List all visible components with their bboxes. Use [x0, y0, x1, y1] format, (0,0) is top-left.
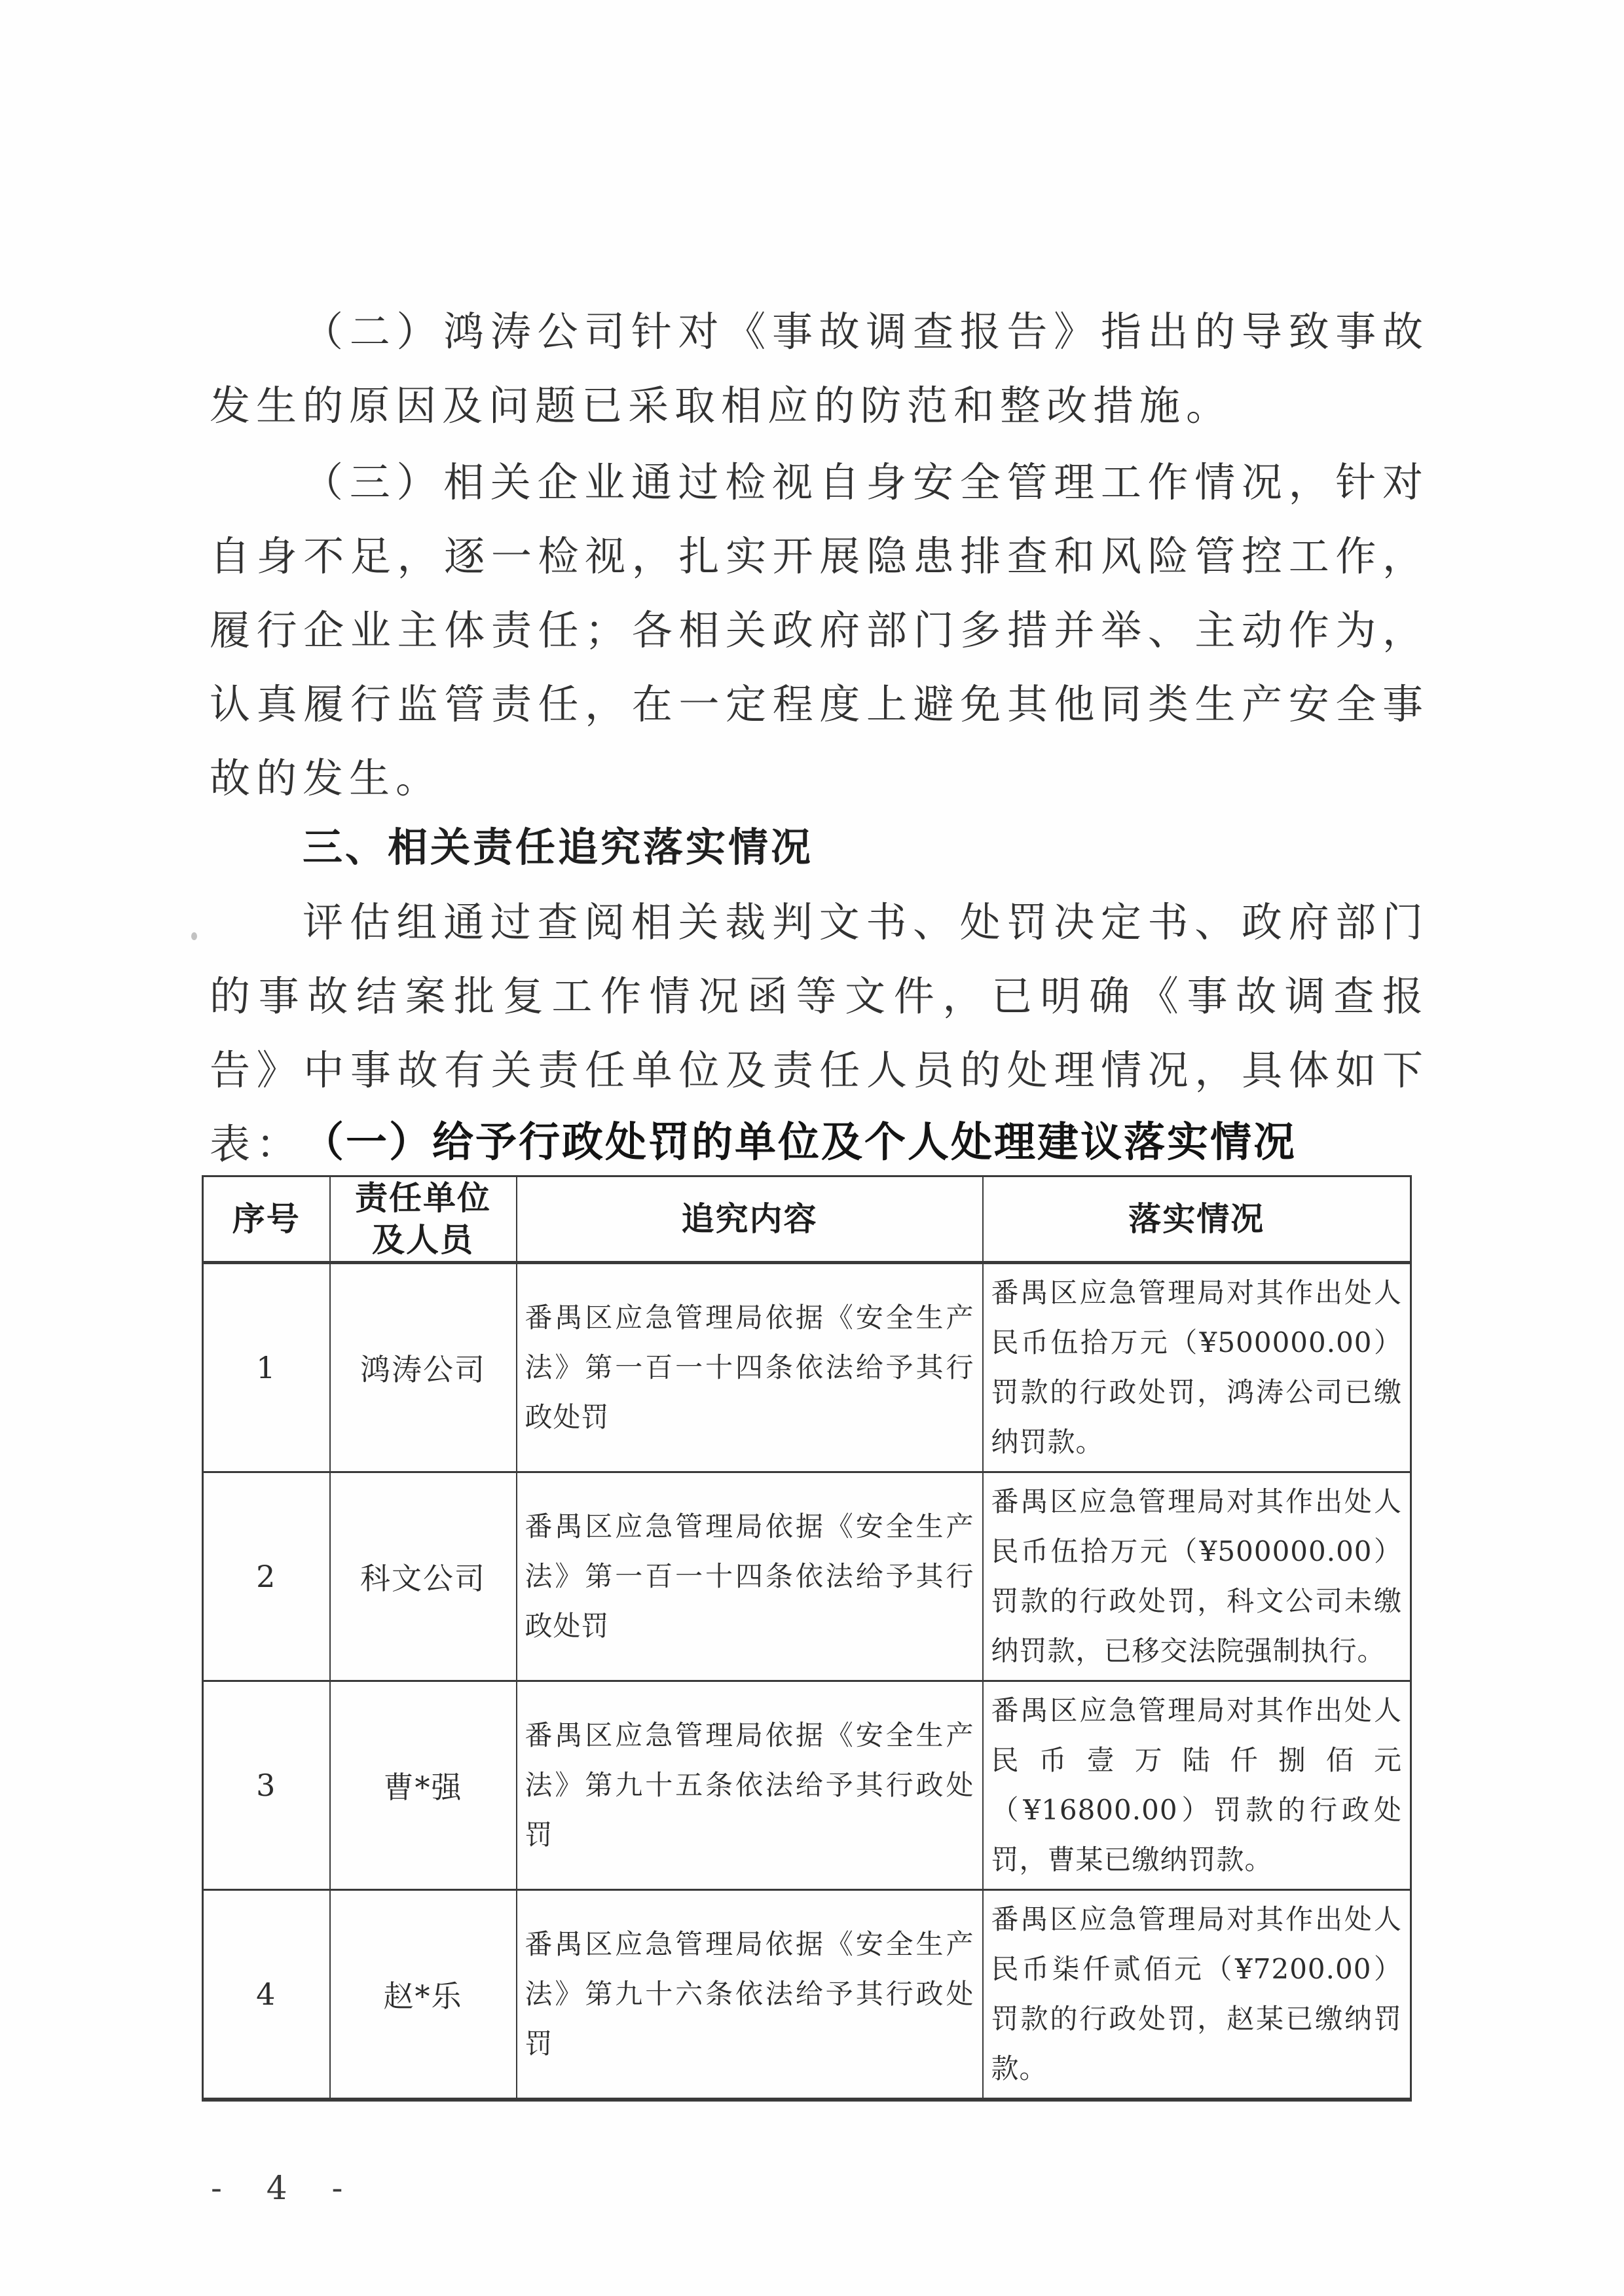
cell-accountability-content: 番禺区应急管理局依据《安全生产法》第九十五条依法给予其行政处罚: [517, 1681, 983, 1890]
table-row: 2 科文公司 番禺区应急管理局依据《安全生产法》第一百一十四条依法给予其行政处罚…: [203, 1472, 1411, 1681]
cell-responsible-party: 赵*乐: [330, 1890, 517, 2100]
paragraph-2-measures: （二）鸿涛公司针对《事故调查报告》指出的导致事故发生的原因及问题已采取相应的防范…: [210, 295, 1429, 443]
penalty-implementation-table: 序号 责任单位及人员 追究内容 落实情况 1 鸿涛公司 番禺区应急管理局依据《安…: [202, 1175, 1412, 2102]
paragraph-3-enterprise-duty: （三）相关企业通过检视自身安全管理工作情况，针对自身不足，逐一检视，扎实开展隐患…: [210, 445, 1429, 815]
cell-accountability-content: 番禺区应急管理局依据《安全生产法》第一百一十四条依法给予其行政处罚: [517, 1263, 983, 1472]
scan-artifact-dot: [191, 932, 197, 940]
header-responsible-party: 责任单位及人员: [330, 1176, 517, 1263]
cell-serial-number: 4: [203, 1890, 330, 2100]
cell-implementation-status: 番禺区应急管理局对其作出处人民币柒仟贰佰元（¥7200.00）罚款的行政处罚，赵…: [983, 1890, 1411, 2100]
table-header-row: 序号 责任单位及人员 追究内容 落实情况: [203, 1176, 1411, 1263]
cell-serial-number: 3: [203, 1681, 330, 1890]
header-accountability-content: 追究内容: [517, 1176, 983, 1263]
cell-serial-number: 1: [203, 1263, 330, 1472]
cell-implementation-status: 番禺区应急管理局对其作出处人民币伍拾万元（¥500000.00）罚款的行政处罚，…: [983, 1263, 1411, 1472]
document-page: （二）鸿涛公司针对《事故调查报告》指出的导致事故发生的原因及问题已采取相应的防范…: [0, 0, 1624, 2296]
section-heading-responsibility: 三、相关责任追究落实情况: [210, 817, 1429, 877]
header-serial-number: 序号: [203, 1176, 330, 1263]
header-responsible-party-label: 责任单位及人员: [350, 1177, 497, 1261]
cell-implementation-status: 番禺区应急管理局对其作出处人民币壹万陆仟捌佰元（¥16800.00）罚款的行政处…: [983, 1681, 1411, 1890]
table-row: 3 曹*强 番禺区应急管理局依据《安全生产法》第九十五条依法给予其行政处罚 番禺…: [203, 1681, 1411, 1890]
cell-responsible-party: 科文公司: [330, 1472, 517, 1681]
cell-accountability-content: 番禺区应急管理局依据《安全生产法》第九十六条依法给予其行政处罚: [517, 1890, 983, 2100]
cell-serial-number: 2: [203, 1472, 330, 1681]
page-number: - 4 -: [211, 2168, 360, 2208]
cell-implementation-status: 番禺区应急管理局对其作出处人民币伍拾万元（¥500000.00）罚款的行政处罚，…: [983, 1472, 1411, 1681]
table-title-administrative-penalty: （一）给予行政处罚的单位及个人处理建议落实情况: [210, 1112, 1454, 1172]
table-row: 1 鸿涛公司 番禺区应急管理局依据《安全生产法》第一百一十四条依法给予其行政处罚…: [203, 1263, 1411, 1472]
cell-accountability-content: 番禺区应急管理局依据《安全生产法》第一百一十四条依法给予其行政处罚: [517, 1472, 983, 1681]
table-row: 4 赵*乐 番禺区应急管理局依据《安全生产法》第九十六条依法给予其行政处罚 番禺…: [203, 1890, 1411, 2100]
header-implementation-status: 落实情况: [983, 1176, 1411, 1263]
cell-responsible-party: 曹*强: [330, 1681, 517, 1890]
cell-responsible-party: 鸿涛公司: [330, 1263, 517, 1472]
